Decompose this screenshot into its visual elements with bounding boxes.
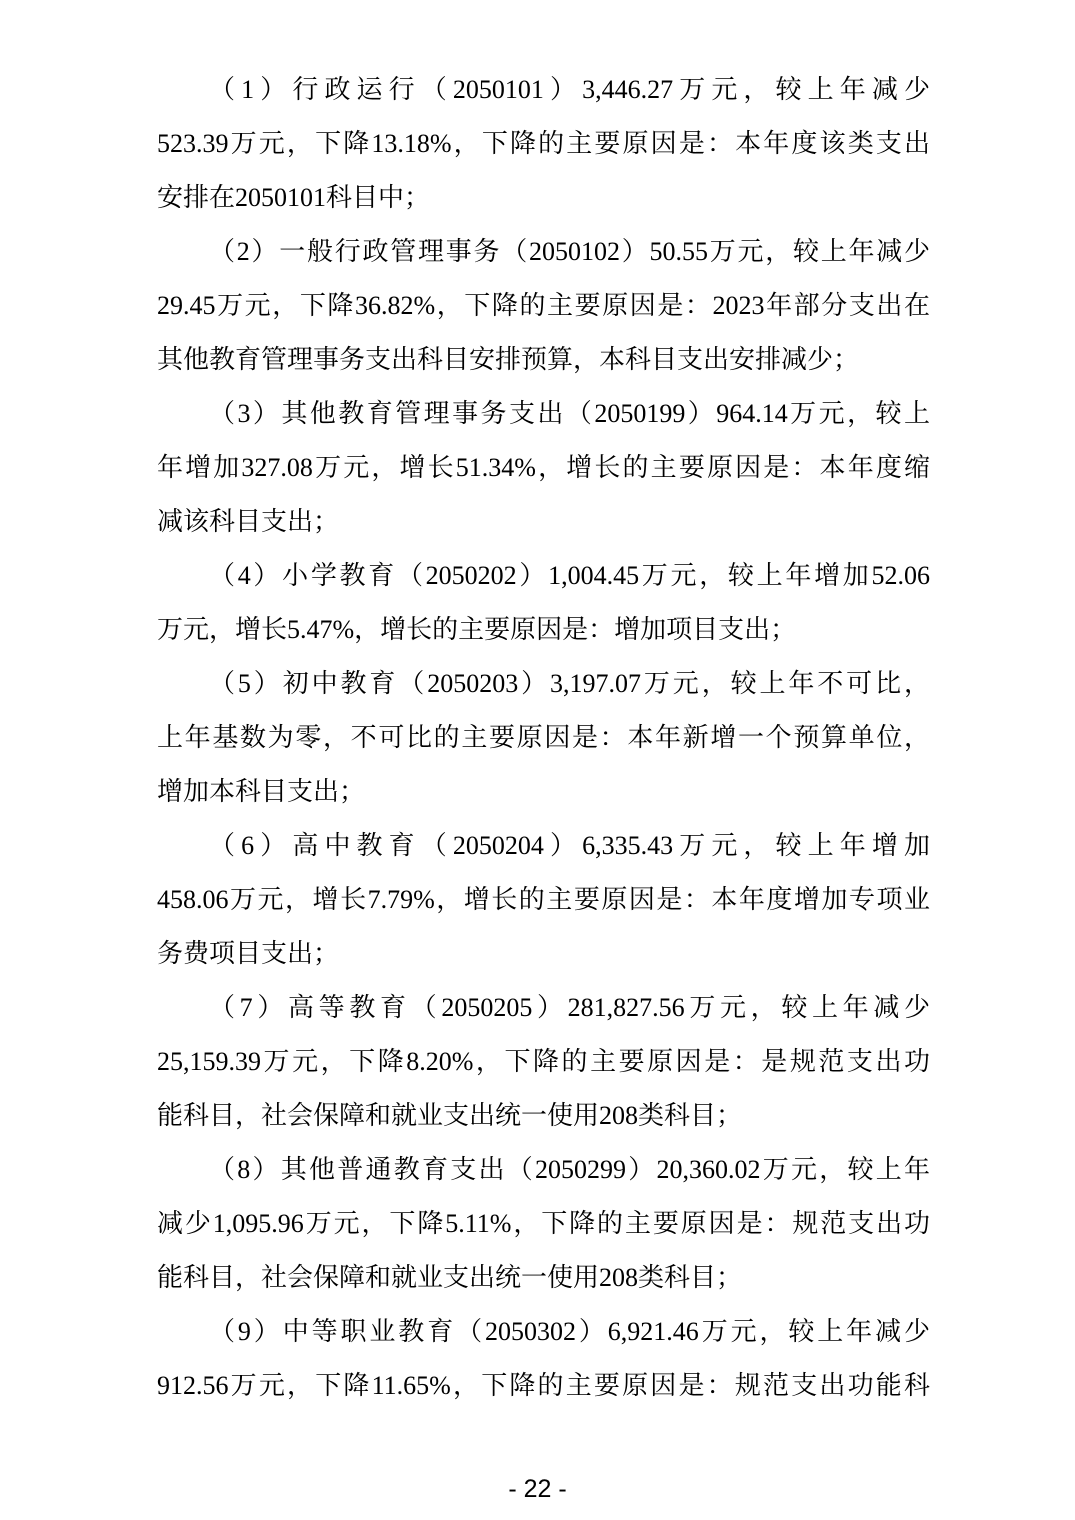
text-line: 上年基数为零，不可比的主要原因是：本年新增一个预算单位， [157,711,930,765]
paragraph-5: （5）初中教育（2050203）3,197.07万元，较上年不可比， 上年基数为… [157,657,930,819]
page-footer: - 22 - [0,1476,1075,1502]
text-line: 减该科目支出； [157,495,930,549]
text-line: （6）高中教育（2050204）6,335.43万元，较上年增加 [157,819,930,873]
text-line: 安排在2050101科目中； [157,171,930,225]
text-line: 增加本科目支出； [157,765,930,819]
text-line: （2）一般行政管理事务（2050102）50.55万元，较上年减少 [157,225,930,279]
text-line: 万元，增长5.47%，增长的主要原因是：增加项目支出； [157,603,930,657]
text-line: （1）行政运行（2050101）3,446.27万元，较上年减少 [157,63,930,117]
text-line: 能科目，社会保障和就业支出统一使用208类科目； [157,1089,930,1143]
text-line: 务费项目支出； [157,927,930,981]
text-line: 减少1,095.96万元，下降5.11%，下降的主要原因是：规范支出功 [157,1197,930,1251]
paragraph-1: （1）行政运行（2050101）3,446.27万元，较上年减少 523.39万… [157,63,930,225]
text-line: 912.56万元，下降11.65%，下降的主要原因是：规范支出功能科 [157,1359,930,1413]
text-line: （7）高等教育（2050205）281,827.56万元，较上年减少 [157,981,930,1035]
paragraph-4: （4）小学教育（2050202）1,004.45万元，较上年增加52.06 万元… [157,549,930,657]
text-line: 年增加327.08万元，增长51.34%，增长的主要原因是：本年度缩 [157,441,930,495]
text-line: 能科目，社会保障和就业支出统一使用208类科目； [157,1251,930,1305]
page-number: - 22 - [508,1475,566,1503]
text-line: 523.39万元，下降13.18%，下降的主要原因是：本年度该类支出 [157,117,930,171]
paragraph-2: （2）一般行政管理事务（2050102）50.55万元，较上年减少 29.45万… [157,225,930,387]
text-line: （4）小学教育（2050202）1,004.45万元，较上年增加52.06 [157,549,930,603]
text-line: （8）其他普通教育支出（2050299）20,360.02万元，较上年 [157,1143,930,1197]
text-line: （9）中等职业教育（2050302）6,921.46万元，较上年减少 [157,1305,930,1359]
text-line: 25,159.39万元，下降8.20%，下降的主要原因是：是规范支出功 [157,1035,930,1089]
paragraph-3: （3）其他教育管理事务支出（2050199）964.14万元，较上 年增加327… [157,387,930,549]
paragraph-9: （9）中等职业教育（2050302）6,921.46万元，较上年减少 912.5… [157,1305,930,1413]
document-page: （1）行政运行（2050101）3,446.27万元，较上年减少 523.39万… [0,0,1075,1520]
text-line: 458.06万元，增长7.79%，增长的主要原因是：本年度增加专项业 [157,873,930,927]
paragraph-7: （7）高等教育（2050205）281,827.56万元，较上年减少 25,15… [157,981,930,1143]
paragraph-8: （8）其他普通教育支出（2050299）20,360.02万元，较上年 减少1,… [157,1143,930,1305]
paragraph-6: （6）高中教育（2050204）6,335.43万元，较上年增加 458.06万… [157,819,930,981]
text-line: 其他教育管理事务支出科目安排预算，本科目支出安排减少； [157,333,930,387]
text-line: 29.45万元，下降36.82%，下降的主要原因是：2023年部分支出在 [157,279,930,333]
text-line: （3）其他教育管理事务支出（2050199）964.14万元，较上 [157,387,930,441]
text-line: （5）初中教育（2050203）3,197.07万元，较上年不可比， [157,657,930,711]
document-body: （1）行政运行（2050101）3,446.27万元，较上年减少 523.39万… [157,63,930,1413]
